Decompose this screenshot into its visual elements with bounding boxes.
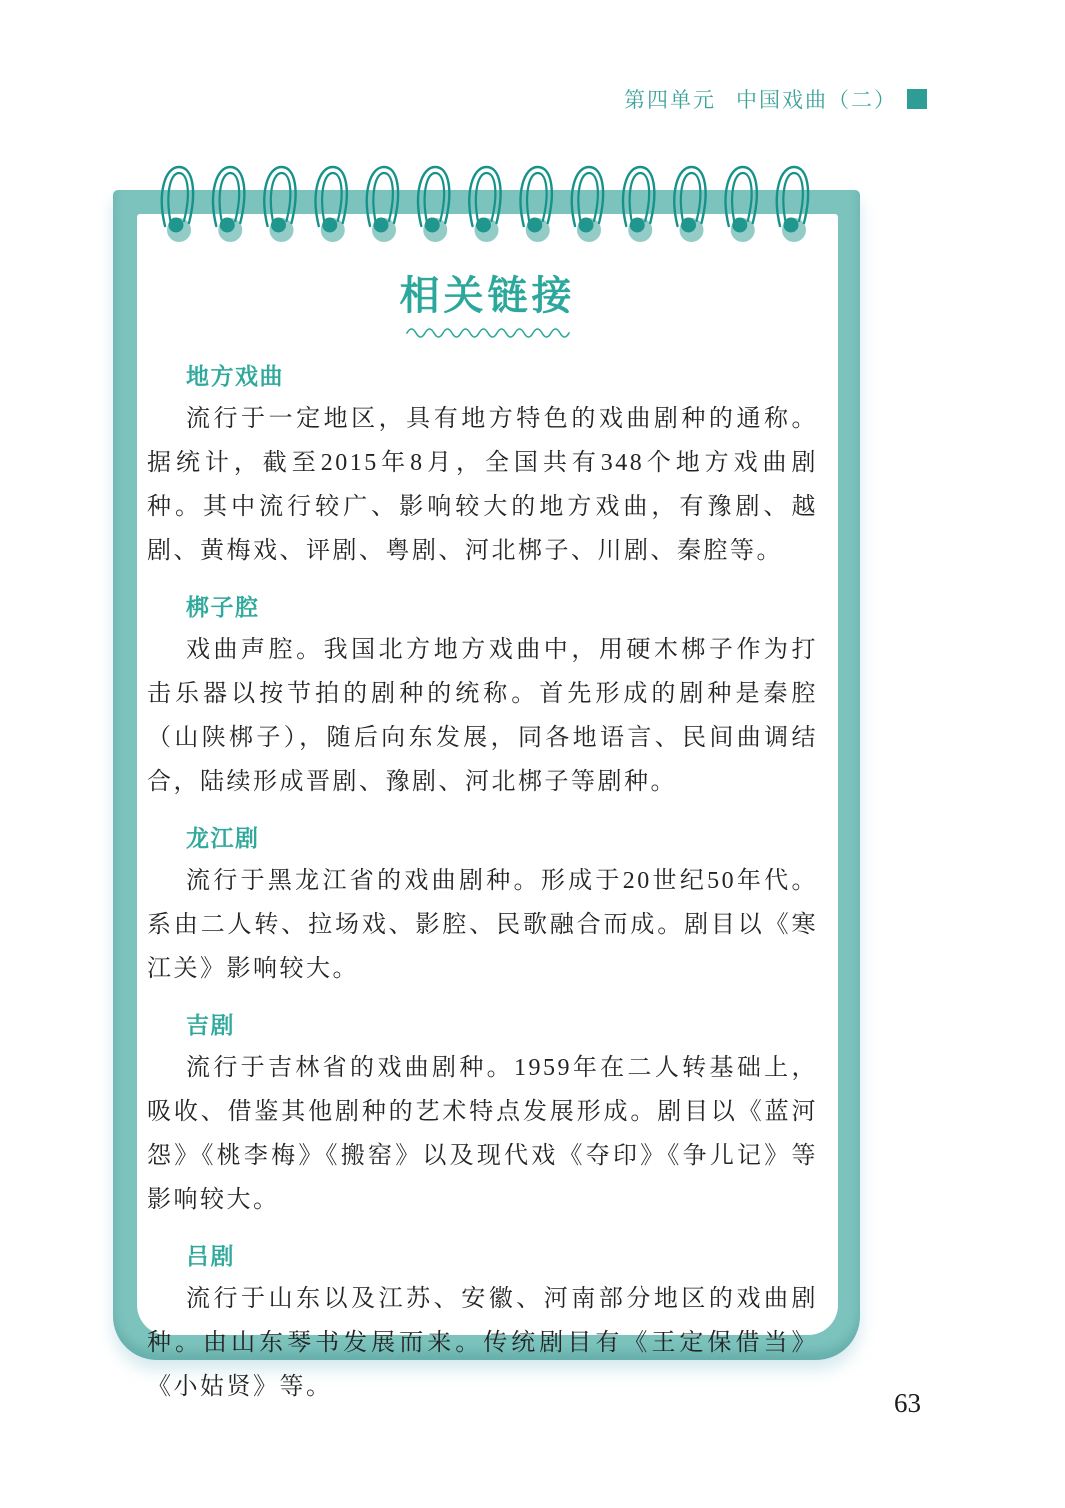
notebook-paper: 相关链接 地方戏曲 流行于一定地区，具有地方特色的戏曲剧种的通称。据统计，截至2… [137, 214, 838, 1335]
section-heading: 吕剧 [147, 1241, 818, 1271]
section-body: 流行于山东以及江苏、安徽、河南部分地区的戏曲剧种。由山东琴书发展而来。传统剧目有… [147, 1277, 818, 1409]
section-heading: 地方戏曲 [147, 361, 818, 391]
notebook-card: 相关链接 地方戏曲 流行于一定地区，具有地方特色的戏曲剧种的通称。据统计，截至2… [113, 190, 860, 1360]
notebook-section: 吉剧 流行于吉林省的戏曲剧种。1959年在二人转基础上，吸收、借鉴其他剧种的艺术… [147, 1010, 818, 1222]
section-heading: 梆子腔 [147, 592, 818, 622]
unit-marker-square-icon [907, 89, 927, 109]
notebook-section: 吕剧 流行于山东以及江苏、安徽、河南部分地区的戏曲剧种。由山东琴书发展而来。传统… [147, 1241, 818, 1409]
section-body: 流行于一定地区，具有地方特色的戏曲剧种的通称。据统计，截至2015年8月，全国共… [147, 397, 818, 573]
page-header: 第四单元中国戏曲（二） [624, 84, 927, 114]
section-heading: 吉剧 [147, 1010, 818, 1040]
notebook-section: 地方戏曲 流行于一定地区，具有地方特色的戏曲剧种的通称。据统计，截至2015年8… [147, 361, 818, 573]
textbook-page: 第四单元中国戏曲（二） 相关链接 地方戏曲 流行于一定地区，具有地方特色的戏曲剧… [0, 0, 1065, 1508]
spiral-binding-icon [113, 163, 860, 263]
section-body: 流行于黑龙江省的戏曲剧种。形成于20世纪50年代。系由二人转、拉场戏、影腔、民歌… [147, 859, 818, 991]
unit-title: 中国戏曲（二） [736, 89, 897, 112]
notebook-sections: 地方戏曲 流行于一定地区，具有地方特色的戏曲剧种的通称。据统计，截至2015年8… [147, 361, 818, 1409]
section-body: 流行于吉林省的戏曲剧种。1959年在二人转基础上，吸收、借鉴其他剧种的艺术特点发… [147, 1046, 818, 1222]
notebook-title: 相关链接 [137, 264, 838, 321]
notebook-frame: 相关链接 地方戏曲 流行于一定地区，具有地方特色的戏曲剧种的通称。据统计，截至2… [113, 190, 860, 1360]
unit-label: 第四单元 [624, 89, 716, 112]
unit-breadcrumb: 第四单元中国戏曲（二） [624, 84, 897, 114]
page-number: 63 [894, 1388, 921, 1419]
notebook-section: 龙江剧 流行于黑龙江省的戏曲剧种。形成于20世纪50年代。系由二人转、拉场戏、影… [147, 823, 818, 991]
section-heading: 龙江剧 [147, 823, 818, 853]
notebook-section: 梆子腔 戏曲声腔。我国北方地方戏曲中，用硬木梆子作为打击乐器以按节拍的剧种的统称… [147, 592, 818, 804]
wavy-underline-icon [406, 327, 570, 339]
section-body: 戏曲声腔。我国北方地方戏曲中，用硬木梆子作为打击乐器以按节拍的剧种的统称。首先形… [147, 628, 818, 804]
